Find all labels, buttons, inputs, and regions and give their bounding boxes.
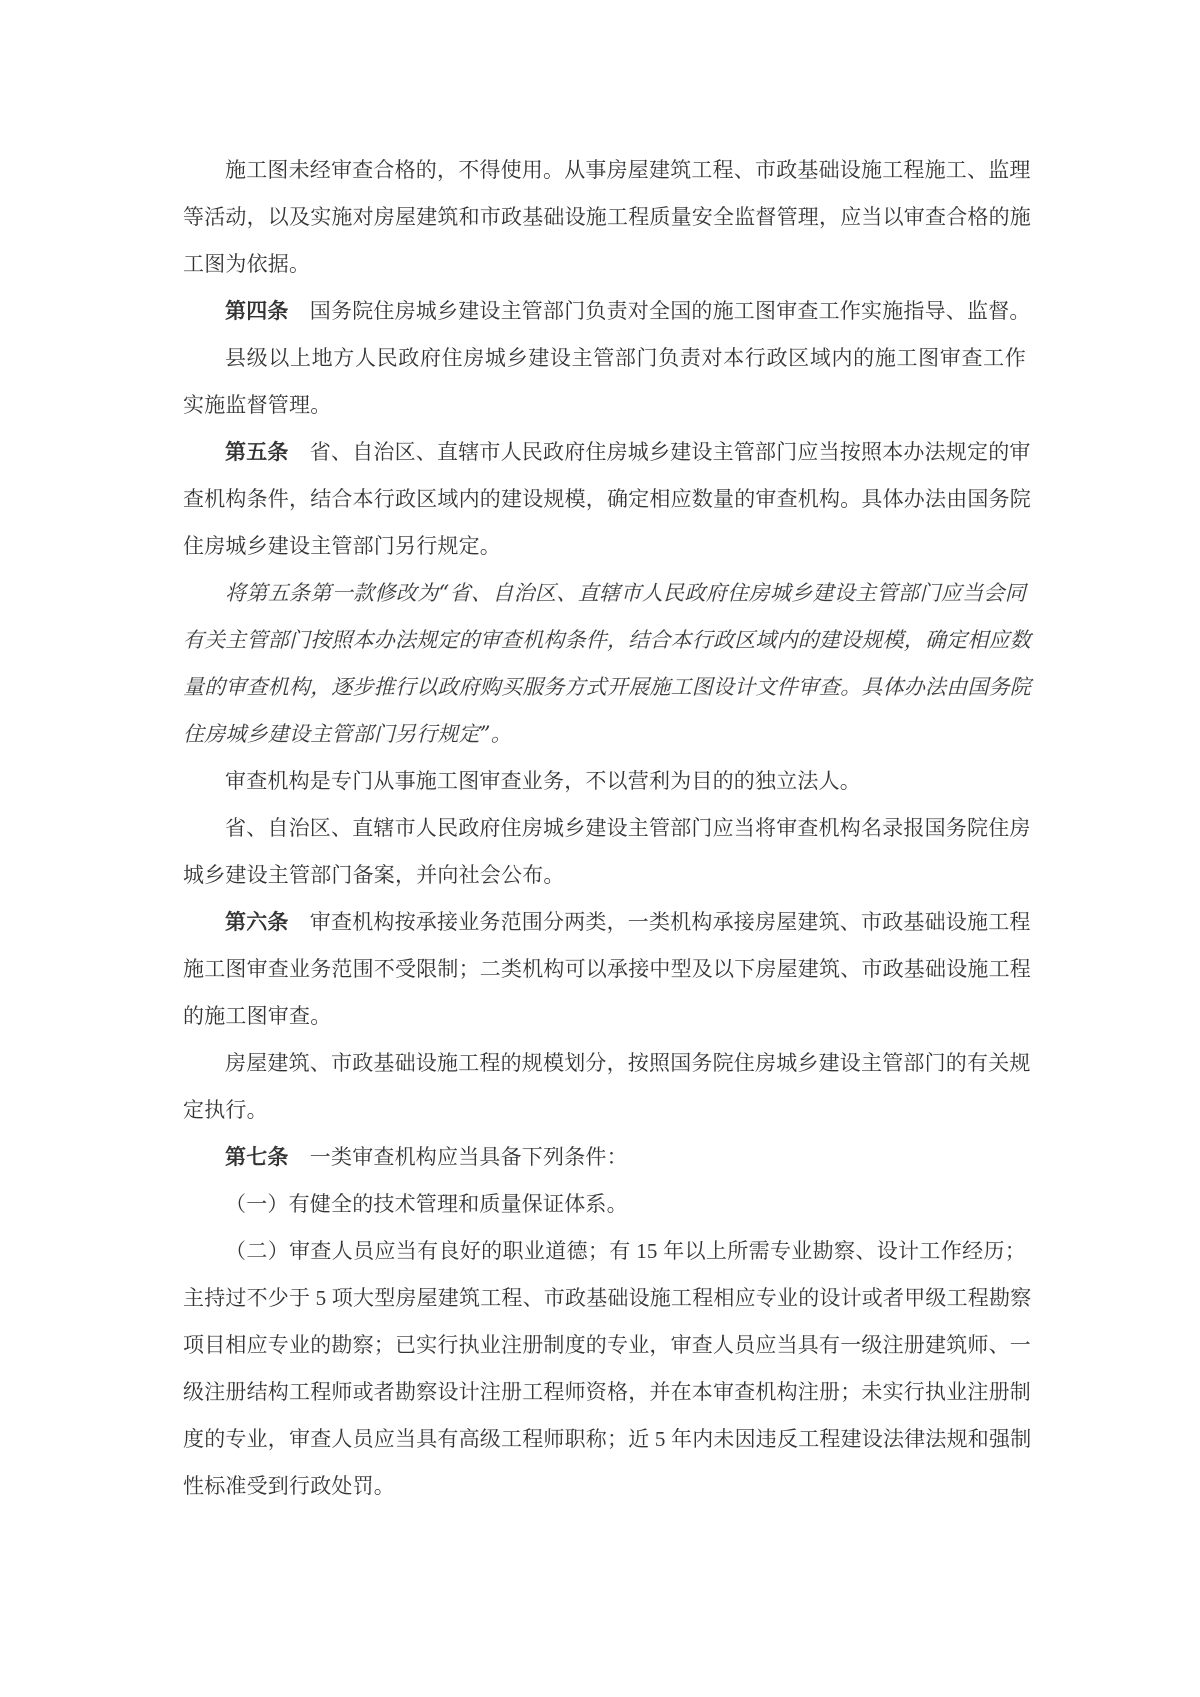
document-page: 施工图未经审查合格的，不得使用。从事房屋建筑工程、市政基础设施工程施工、监理等活…: [0, 0, 1200, 1697]
text-line: 度的专业，审查人员应当具有高级工程师职称；近 5 年内未因违反工程建设法律法规和…: [183, 1416, 1026, 1463]
text-run: 量的审查机构，逐步推行以政府购买服务方式开展施工图设计文件审查。具体办法由国务院: [183, 675, 1031, 699]
text-run: 县级以上地方人民政府住房城乡建设主管部门负责对本行政区域内的施工图审查工作: [225, 346, 1026, 370]
text-run: 性标准受到行政处罚。: [183, 1474, 395, 1498]
text-line: 房屋建筑、市政基础设施工程的规模划分，按照国务院住房城乡建设主管部门的有关规: [183, 1040, 1026, 1087]
text-line: 第四条 国务院住房城乡建设主管部门负责对全国的施工图审查工作实施指导、监督。: [183, 288, 1026, 335]
text-line: 施工图未经审查合格的，不得使用。从事房屋建筑工程、市政基础设施工程施工、监理: [183, 147, 1026, 194]
text-line: 第六条 审查机构按承接业务范围分两类，一类机构承接房屋建筑、市政基础设施工程: [183, 899, 1026, 946]
article-number-label: 第四条: [225, 299, 289, 323]
text-line: 城乡建设主管部门备案，并向社会公布。: [183, 852, 1026, 899]
text-line: （一）有健全的技术管理和质量保证体系。: [183, 1181, 1026, 1228]
text-run: （二）审查人员应当有良好的职业道德；有 15 年以上所需专业勘察、设计工作经历；: [225, 1239, 1026, 1263]
article-number-label: 第七条: [225, 1145, 289, 1169]
text-run: 有关主管部门按照本办法规定的审查机构条件，结合本行政区域内的建设规模，确定相应数: [183, 628, 1031, 652]
text-line: 施工图审查业务范围不受限制；二类机构可以承接中型及以下房屋建筑、市政基础设施工程: [183, 946, 1026, 993]
text-line: 第五条 省、自治区、直辖市人民政府住房城乡建设主管部门应当按照本办法规定的审: [183, 429, 1026, 476]
text-run: 国务院住房城乡建设主管部门负责对全国的施工图审查工作实施指导、监督。: [289, 299, 1031, 323]
text-run: 工图为依据。: [183, 252, 310, 276]
revision-text-line: 住房城乡建设主管部门另行规定”。: [183, 711, 1026, 758]
text-run: （一）有健全的技术管理和质量保证体系。: [225, 1192, 628, 1216]
text-run: 审查机构是专门从事施工图审查业务，不以营利为目的的独立法人。: [225, 769, 861, 793]
text-line: 级注册结构工程师或者勘察设计注册工程师资格，并在本审查机构注册；未实行执业注册制: [183, 1369, 1026, 1416]
text-line: 审查机构是专门从事施工图审查业务，不以营利为目的的独立法人。: [183, 758, 1026, 805]
text-run: 省、自治区、直辖市人民政府住房城乡建设主管部门应当按照本办法规定的审: [289, 440, 1031, 464]
revision-text-line: 将第五条第一款修改为“省、自治区、直辖市人民政府住房城乡建设主管部门应当会同: [183, 570, 1026, 617]
text-run: 等活动，以及实施对房屋建筑和市政基础设施工程质量安全监督管理，应当以审查合格的施: [183, 205, 1031, 229]
text-run: 实施监督管理。: [183, 393, 331, 417]
text-line: 工图为依据。: [183, 241, 1026, 288]
text-run: 查机构条件，结合本行政区域内的建设规模，确定相应数量的审查机构。具体办法由国务院: [183, 487, 1031, 511]
text-line: 省、自治区、直辖市人民政府住房城乡建设主管部门应当将审查机构名录报国务院住房: [183, 805, 1026, 852]
text-run: 施工图未经审查合格的，不得使用。从事房屋建筑工程、市政基础设施工程施工、监理: [225, 158, 1031, 182]
text-line: 住房城乡建设主管部门另行规定。: [183, 523, 1026, 570]
text-run: 一类审查机构应当具备下列条件：: [289, 1145, 628, 1169]
text-line: 第七条 一类审查机构应当具备下列条件：: [183, 1134, 1026, 1181]
revision-text-line: 量的审查机构，逐步推行以政府购买服务方式开展施工图设计文件审查。具体办法由国务院: [183, 664, 1026, 711]
text-line: 性标准受到行政处罚。: [183, 1463, 1026, 1510]
text-line: 县级以上地方人民政府住房城乡建设主管部门负责对本行政区域内的施工图审查工作: [183, 335, 1026, 382]
text-run: 省、自治区、直辖市人民政府住房城乡建设主管部门应当将审查机构名录报国务院住房: [225, 816, 1031, 840]
text-run: 施工图审查业务范围不受限制；二类机构可以承接中型及以下房屋建筑、市政基础设施工程: [183, 957, 1031, 981]
text-run: 将第五条第一款修改为“省、自治区、直辖市人民政府住房城乡建设主管部门应当会同: [225, 581, 1026, 605]
text-line: 主持过不少于 5 项大型房屋建筑工程、市政基础设施工程相应专业的设计或者甲级工程…: [183, 1275, 1026, 1322]
text-line: 实施监督管理。: [183, 382, 1026, 429]
text-line: 项目相应专业的勘察；已实行执业注册制度的专业，审查人员应当具有一级注册建筑师、一: [183, 1322, 1026, 1369]
text-run: 城乡建设主管部门备案，并向社会公布。: [183, 863, 565, 887]
text-run: 项目相应专业的勘察；已实行执业注册制度的专业，审查人员应当具有一级注册建筑师、一: [183, 1333, 1031, 1357]
text-run: 主持过不少于 5 项大型房屋建筑工程、市政基础设施工程相应专业的设计或者甲级工程…: [183, 1286, 1031, 1310]
text-run: 住房城乡建设主管部门另行规定”。: [183, 722, 512, 746]
text-run: 级注册结构工程师或者勘察设计注册工程师资格，并在本审查机构注册；未实行执业注册制: [183, 1380, 1031, 1404]
text-line: 查机构条件，结合本行政区域内的建设规模，确定相应数量的审查机构。具体办法由国务院: [183, 476, 1026, 523]
text-run: 的施工图审查。: [183, 1004, 331, 1028]
text-run: 定执行。: [183, 1098, 268, 1122]
text-run: 住房城乡建设主管部门另行规定。: [183, 534, 501, 558]
article-number-label: 第五条: [225, 440, 289, 464]
text-line: 等活动，以及实施对房屋建筑和市政基础设施工程质量安全监督管理，应当以审查合格的施: [183, 194, 1026, 241]
revision-text-line: 有关主管部门按照本办法规定的审查机构条件，结合本行政区域内的建设规模，确定相应数: [183, 617, 1026, 664]
text-line: （二）审查人员应当有良好的职业道德；有 15 年以上所需专业勘察、设计工作经历；: [183, 1228, 1026, 1275]
text-run: 房屋建筑、市政基础设施工程的规模划分，按照国务院住房城乡建设主管部门的有关规: [225, 1051, 1031, 1075]
text-line: 定执行。: [183, 1087, 1026, 1134]
text-run: 度的专业，审查人员应当具有高级工程师职称；近 5 年内未因违反工程建设法律法规和…: [183, 1427, 1031, 1451]
text-line: 的施工图审查。: [183, 993, 1026, 1040]
document-body: 施工图未经审查合格的，不得使用。从事房屋建筑工程、市政基础设施工程施工、监理等活…: [183, 147, 1026, 1510]
article-number-label: 第六条: [225, 910, 289, 934]
text-run: 审查机构按承接业务范围分两类，一类机构承接房屋建筑、市政基础设施工程: [289, 910, 1031, 934]
